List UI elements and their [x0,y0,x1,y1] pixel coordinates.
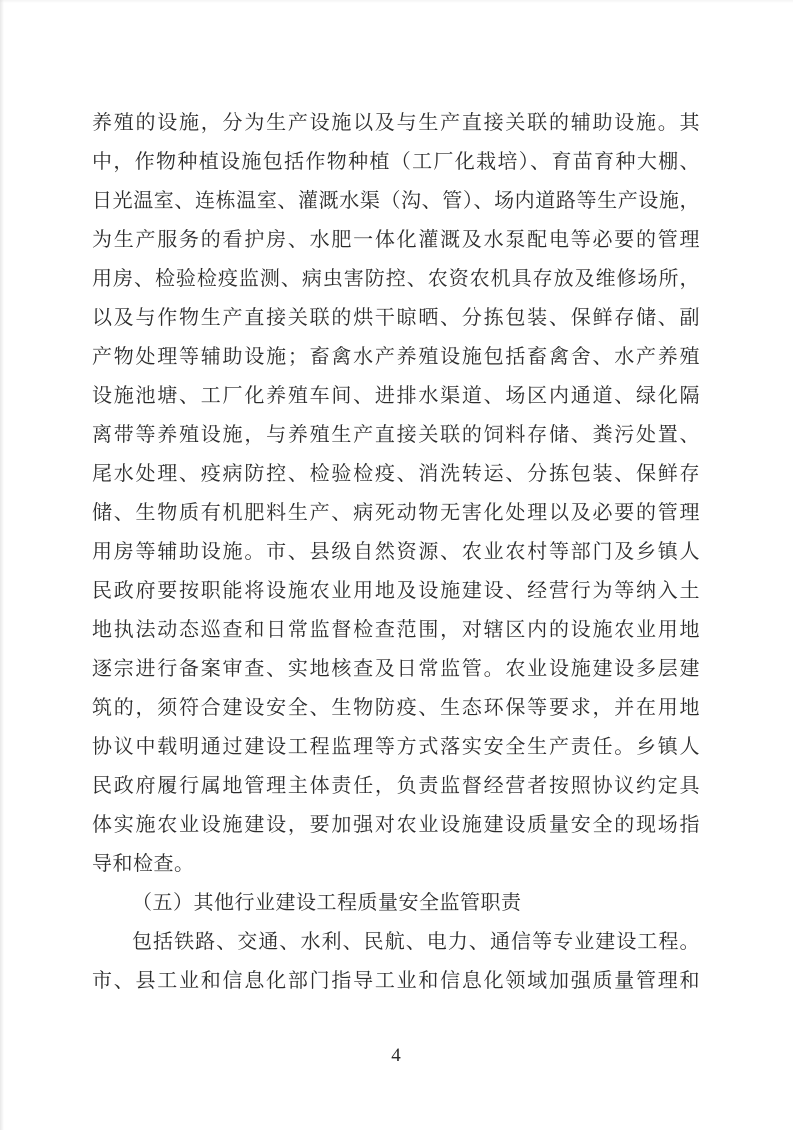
text-line: 日光温室、连栋温室、灌溉水渠（沟、管）、场内道路等生产设施， [92,182,700,221]
text-line: 产物处理等辅助设施；畜禽水产养殖设施包括畜禽舍、水产养殖 [92,338,700,377]
text-line: 地执法动态巡查和日常监督检查范围，对辖区内的设施农业用地 [92,611,700,650]
text-line: 尾水处理、疫病防控、检验检疫、消洗转运、分拣包装、保鲜存 [92,455,700,494]
text-line: 筑的，须符合建设安全、生物防疫、生态环保等要求，并在用地 [92,689,700,728]
text-line: 市、县工业和信息化部门指导工业和信息化领域加强质量管理和 [92,962,700,1001]
text-line: 离带等养殖设施，与养殖生产直接关联的饲料存储、粪污处置、 [92,416,700,455]
text-line: 体实施农业设施建设，要加强对农业设施建设质量安全的现场指 [92,806,700,845]
page-number: 4 [92,1042,700,1070]
text-line: 逐宗进行备案审查、实地核查及日常监管。农业设施建设多层建 [92,650,700,689]
text-line: 包括铁路、交通、水利、民航、电力、通信等专业建设工程。 [92,923,700,962]
text-line: 储、生物质有机肥料生产、病死动物无害化处理以及必要的管理 [92,494,700,533]
document-body: 养殖的设施，分为生产设施以及与生产直接关联的辅助设施。其中，作物种植设施包括作物… [92,104,700,1001]
text-line: 为生产服务的看护房、水肥一体化灌溉及水泵配电等必要的管理 [92,221,700,260]
text-line: 协议中载明通过建设工程监理等方式落实安全生产责任。乡镇人 [92,728,700,767]
document-page: 养殖的设施，分为生产设施以及与生产直接关联的辅助设施。其中，作物种植设施包括作物… [0,0,793,1130]
text-line: 民政府履行属地管理主体责任，负责监督经营者按照协议约定具 [92,767,700,806]
text-line: 设施池塘、工厂化养殖车间、进排水渠道、场区内通道、绿化隔 [92,377,700,416]
text-line: 养殖的设施，分为生产设施以及与生产直接关联的辅助设施。其 [92,104,700,143]
text-line: 导和检查。 [92,845,700,884]
scan-edge-left [0,0,4,1130]
text-line: 民政府要按职能将设施农业用地及设施建设、经营行为等纳入土 [92,572,700,611]
scan-edge-top [0,0,793,3]
text-line: 中，作物种植设施包括作物种植（工厂化栽培）、育苗育种大棚、 [92,143,700,182]
text-line: 以及与作物生产直接关联的烘干晾晒、分拣包装、保鲜存储、副 [92,299,700,338]
text-line: 用房等辅助设施。市、县级自然资源、农业农村等部门及乡镇人 [92,533,700,572]
text-line: 用房、检验检疫监测、病虫害防控、农资农机具存放及维修场所， [92,260,700,299]
text-line: （五）其他行业建设工程质量安全监管职责 [92,884,700,923]
